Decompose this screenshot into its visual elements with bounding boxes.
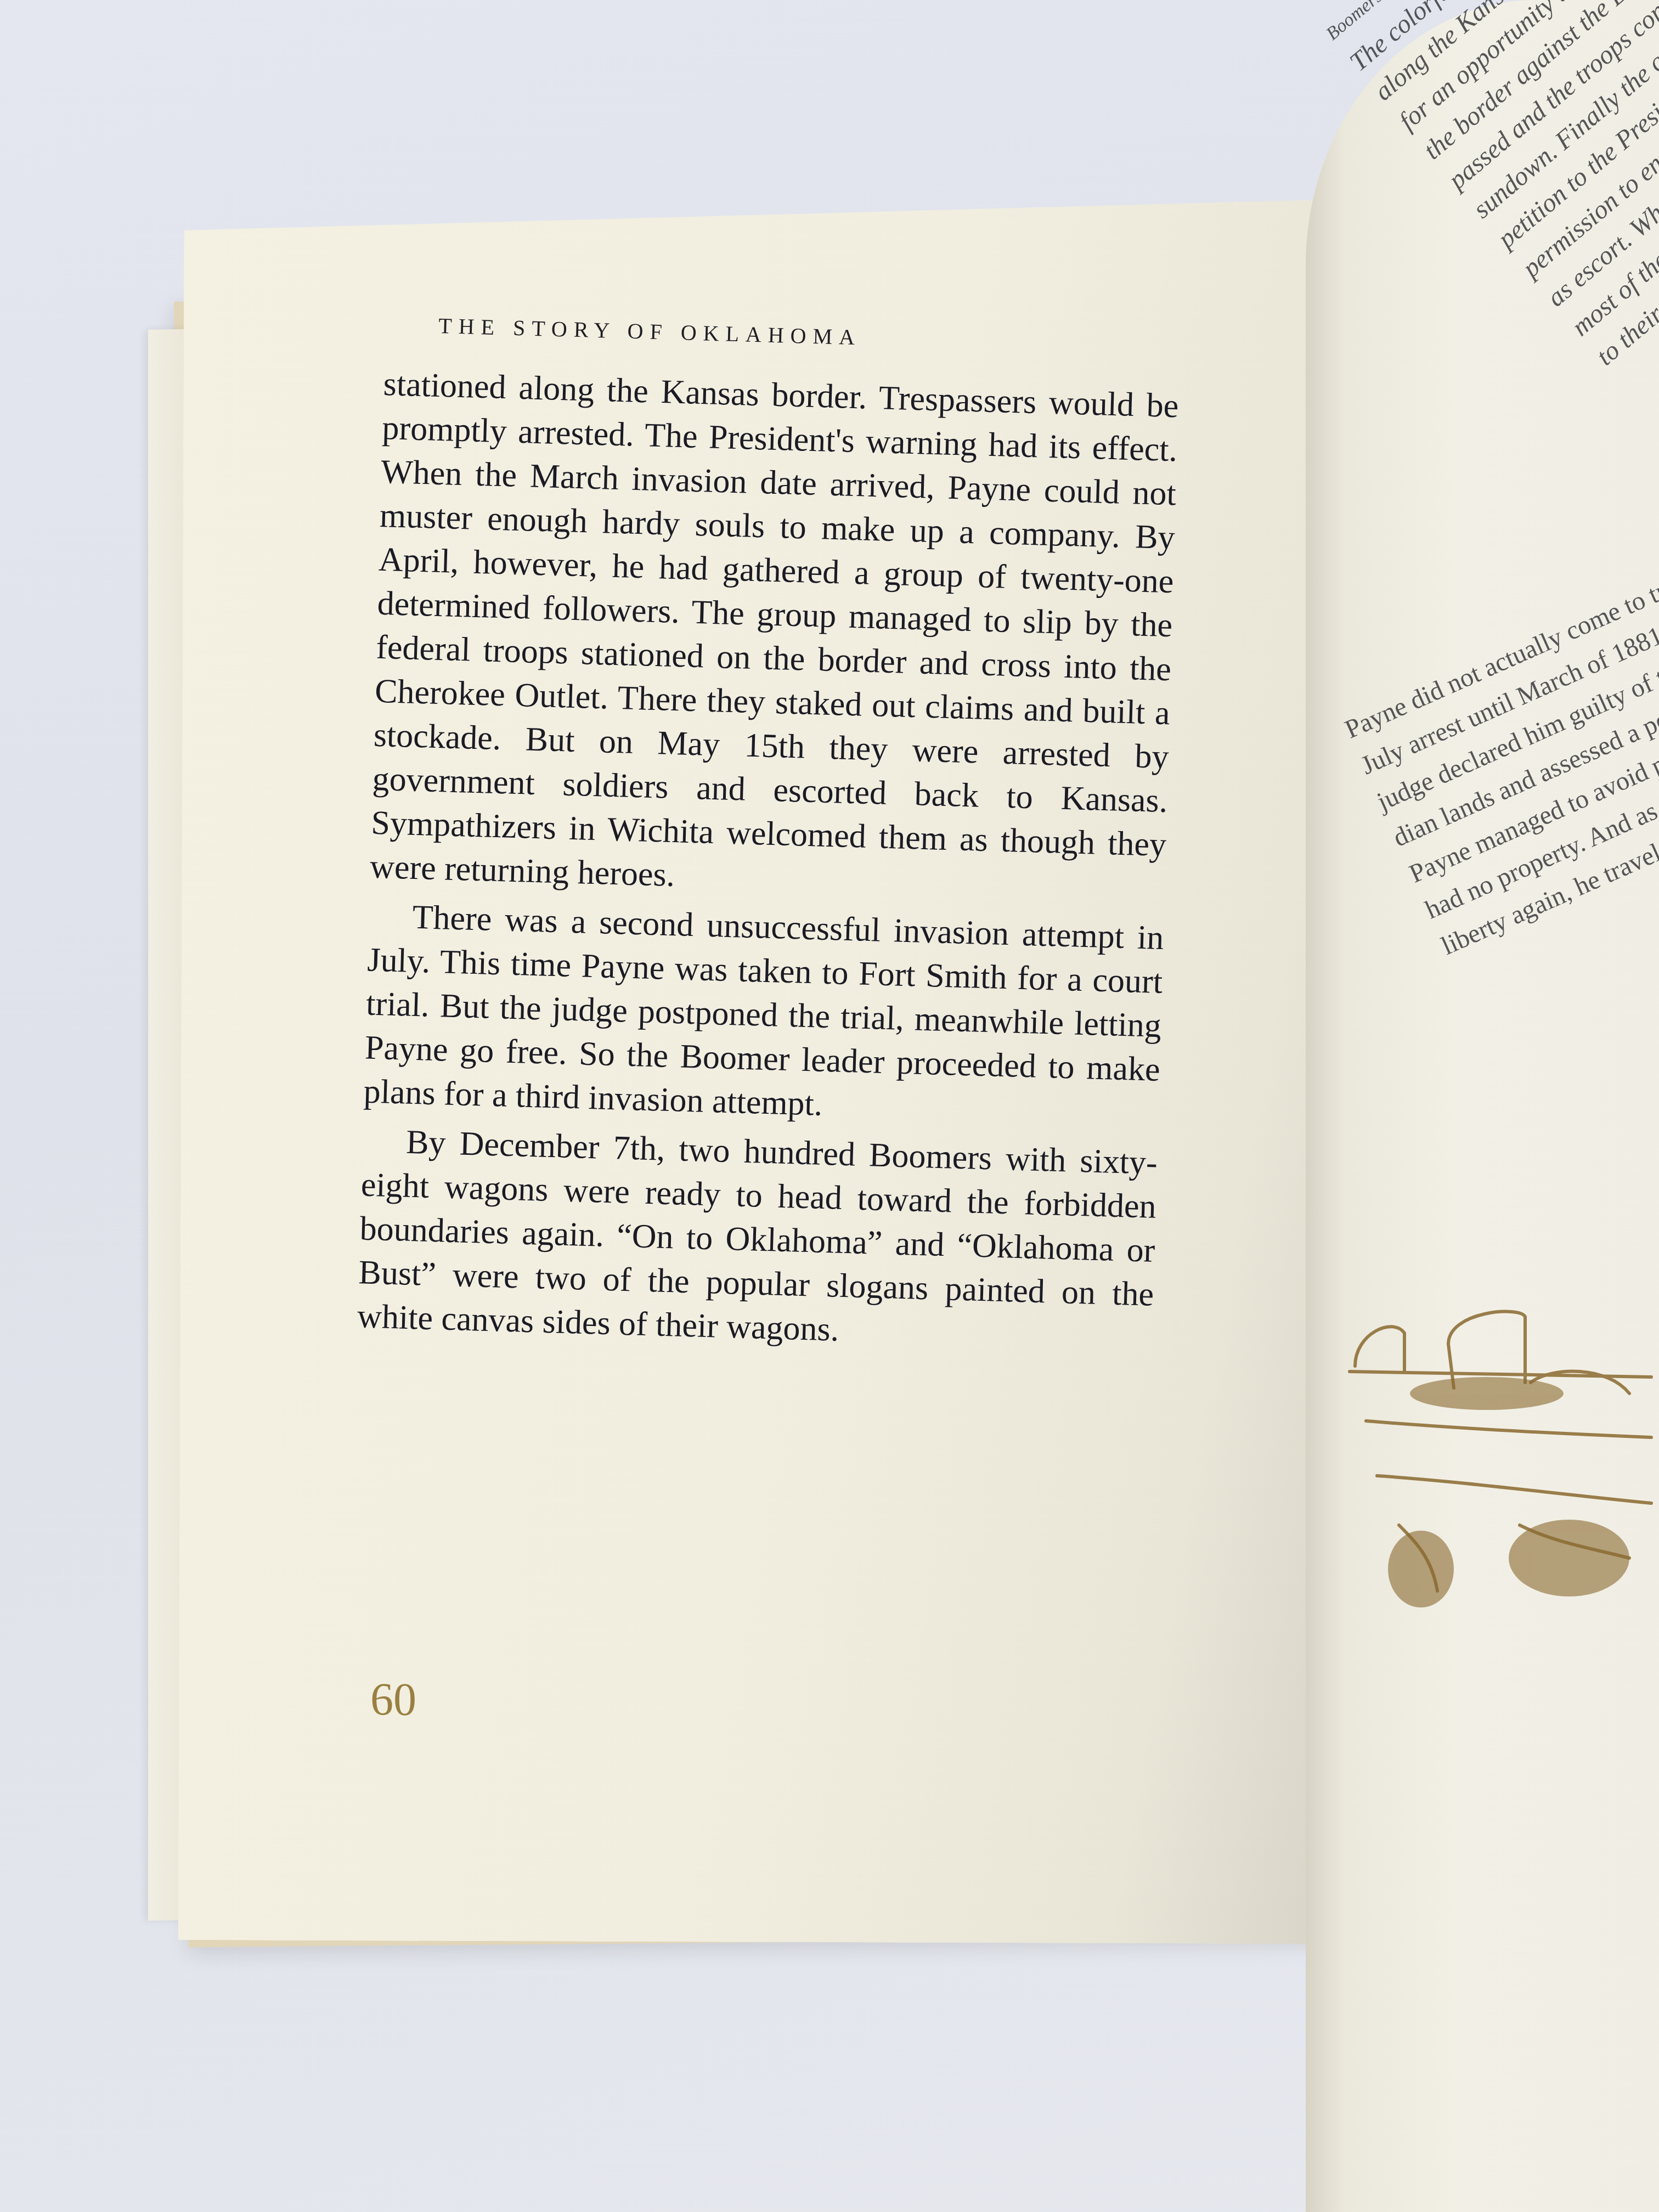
paragraph: By December 7th, two hundred Boomers wit… bbox=[357, 1119, 1158, 1360]
paragraph: There was a second unsuccessful invasion… bbox=[363, 894, 1165, 1136]
left-page-body: stationed along the Kansas border. Tresp… bbox=[357, 362, 1179, 1366]
covered-wagon-illustration bbox=[1322, 1284, 1659, 1723]
page-number: 60 bbox=[370, 1673, 416, 1726]
paragraph: stationed along the Kansas border. Tresp… bbox=[369, 362, 1179, 911]
